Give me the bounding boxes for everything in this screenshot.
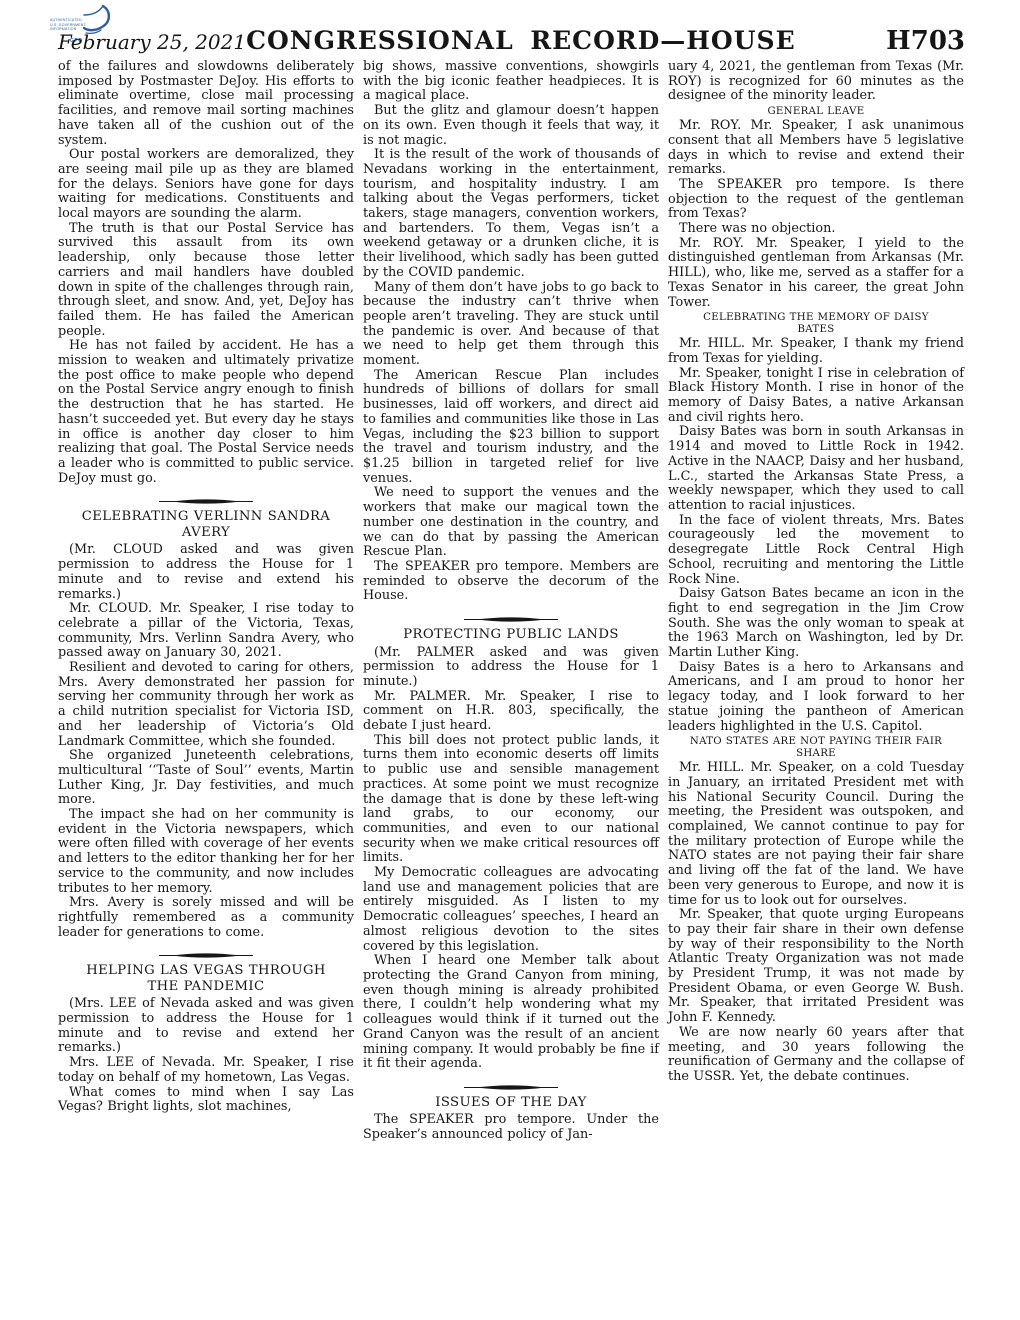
paragraph: The impact she had on her community is e… bbox=[58, 808, 354, 896]
paragraph: It is the result of the work of thousand… bbox=[363, 148, 659, 280]
paragraph: Many of them don’t have jobs to go back … bbox=[363, 281, 659, 369]
paragraph: Mrs. Avery is sorely missed and will be … bbox=[58, 896, 354, 940]
paragraph: She organized Juneteenth celebrations, m… bbox=[58, 749, 354, 808]
paragraph: The truth is that our Postal Service has… bbox=[58, 222, 354, 340]
paragraph: He has not failed by accident. He has a … bbox=[58, 339, 354, 486]
section-separator bbox=[461, 613, 561, 620]
section-separator bbox=[461, 1081, 561, 1088]
section-heading: HELPING LAS VEGAS THROUGH THE PANDEMIC bbox=[58, 963, 354, 994]
section-separator bbox=[156, 495, 256, 502]
paragraph: When I heard one Member talk about prote… bbox=[363, 954, 659, 1072]
paragraph: The American Rescue Plan includes hundre… bbox=[363, 369, 659, 487]
paragraph: Daisy Bates is a hero to Arkansans and A… bbox=[668, 661, 964, 735]
paragraph: Mr. CLOUD. Mr. Speaker, I rise today to … bbox=[58, 602, 354, 661]
congressional-record-page: AUTHENTICATED U.S. GOVERNMENT INFORMATIO… bbox=[0, 0, 1020, 1320]
section-heading: CELEBRATING VERLINN SANDRA AVERY bbox=[58, 509, 354, 540]
page-header: February 25, 2021 CONGRESSIONAL RECORD—H… bbox=[58, 26, 965, 56]
masthead-title: CONGRESSIONAL RECORD—HOUSE bbox=[246, 26, 796, 55]
paragraph: Daisy Bates was born in south Arkansas i… bbox=[668, 425, 964, 513]
paragraph: We need to support the venues and the wo… bbox=[363, 486, 659, 560]
continued-paragraph: big shows, massive conventions, showgirl… bbox=[363, 60, 659, 104]
paragraph: Mr. ROY. Mr. Speaker, I ask unanimous co… bbox=[668, 119, 964, 178]
page-columns: of the failures and slowdowns deliberate… bbox=[58, 60, 964, 1143]
paragraph: Mrs. LEE of Nevada. Mr. Speaker, I rise … bbox=[58, 1056, 354, 1085]
section-separator bbox=[156, 949, 256, 956]
paragraph: Mr. PALMER. Mr. Speaker, I rise to comme… bbox=[363, 690, 659, 734]
paragraph: Daisy Gatson Bates became an icon in the… bbox=[668, 587, 964, 661]
paragraph: Mr. Speaker, tonight I rise in celebrati… bbox=[668, 367, 964, 426]
paragraph: Mr. HILL. Mr. Speaker, on a cold Tuesday… bbox=[668, 761, 964, 908]
paragraph: The SPEAKER pro tempore. Members are rem… bbox=[363, 560, 659, 604]
paragraph: Mr. Speaker, that quote urging Europeans… bbox=[668, 908, 964, 1026]
paragraph: This bill does not protect public lands,… bbox=[363, 734, 659, 866]
column-1: of the failures and slowdowns deliberate… bbox=[58, 60, 354, 1143]
paragraph: Mr. ROY. Mr. Speaker, I yield to the dis… bbox=[668, 237, 964, 311]
paragraph: What comes to mind when I say Las Vegas?… bbox=[58, 1086, 354, 1115]
page-number: H703 bbox=[796, 26, 965, 56]
paragraph: But the glitz and glamour doesn’t happen… bbox=[363, 104, 659, 148]
paragraph: (Mr. CLOUD asked and was given permissio… bbox=[58, 543, 354, 602]
paragraph: The SPEAKER pro tempore. Under the Speak… bbox=[363, 1113, 659, 1142]
column-3: uary 4, 2021, the gentleman from Texas (… bbox=[668, 60, 964, 1143]
paragraph: We are now nearly 60 years after that me… bbox=[668, 1026, 964, 1085]
paragraph: (Mrs. LEE of Nevada asked and was given … bbox=[58, 997, 354, 1056]
continued-paragraph: of the failures and slowdowns deliberate… bbox=[58, 60, 354, 148]
paragraph: Mr. HILL. Mr. Speaker, I thank my friend… bbox=[668, 337, 964, 366]
paragraph: (Mr. PALMER asked and was given permissi… bbox=[363, 646, 659, 690]
paragraph: In the face of violent threats, Mrs. Bat… bbox=[668, 514, 964, 588]
paragraph: Our postal workers are demoralized, they… bbox=[58, 148, 354, 222]
sub-heading: GENERAL LEAVE bbox=[668, 106, 964, 118]
section-heading: ISSUES OF THE DAY bbox=[363, 1095, 659, 1111]
section-heading: PROTECTING PUBLIC LANDS bbox=[363, 627, 659, 643]
paragraph: Resilient and devoted to caring for othe… bbox=[58, 661, 354, 749]
paragraph: There was no objection. bbox=[668, 222, 964, 237]
paragraph: My Democratic colleagues are advocating … bbox=[363, 866, 659, 954]
issue-date: February 25, 2021 bbox=[58, 30, 246, 54]
sub-heading: NATO STATES ARE NOT PAYING THEIR FAIR SH… bbox=[668, 736, 964, 760]
column-2: big shows, massive conventions, showgirl… bbox=[363, 60, 659, 1143]
continued-paragraph: uary 4, 2021, the gentleman from Texas (… bbox=[668, 60, 964, 104]
sub-heading: CELEBRATING THE MEMORY OF DAISY BATES bbox=[668, 312, 964, 336]
paragraph: The SPEAKER pro tempore. Is there object… bbox=[668, 178, 964, 222]
